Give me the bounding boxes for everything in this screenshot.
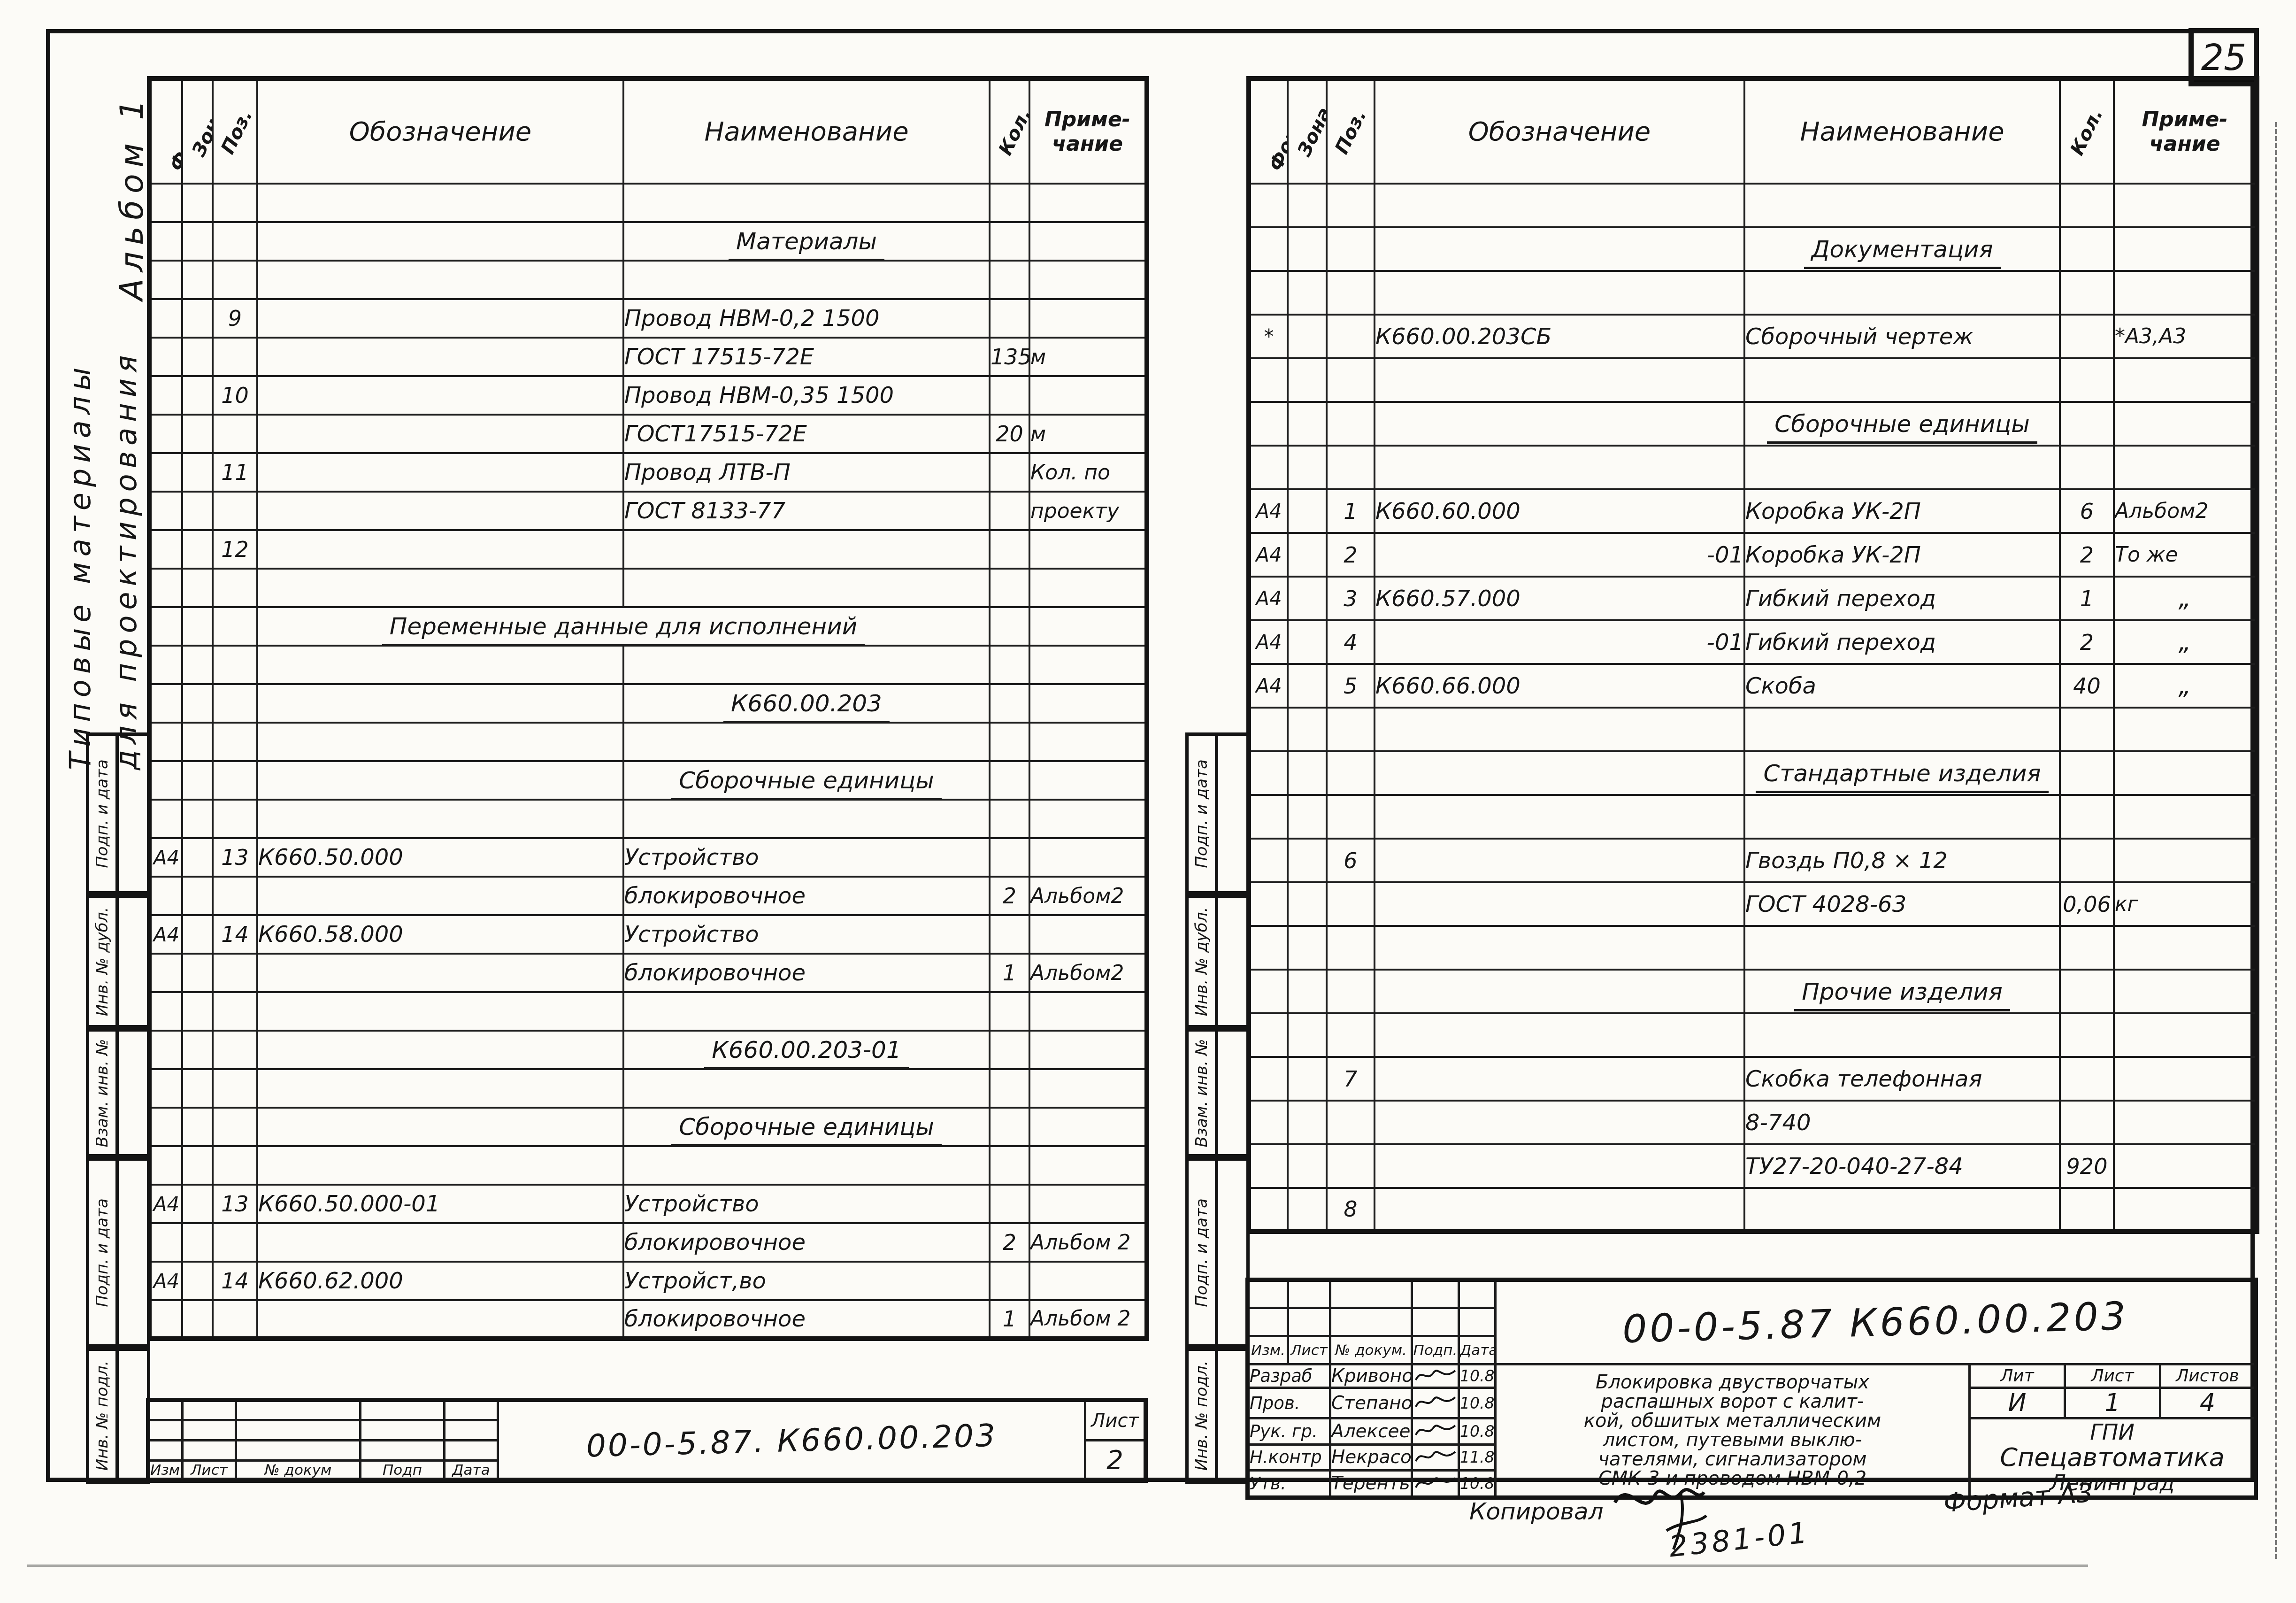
cell-designation [1375,402,1744,446]
cell-designation: К660.58.000 [257,915,623,954]
cell-qty [990,1262,1029,1300]
table-row [149,569,1147,607]
cell-zone [182,492,213,530]
cell-qty: 2 [2060,533,2114,577]
cell-designation [1375,839,1744,882]
cell-pos [213,1031,257,1069]
cell-name: Устройство [623,838,990,877]
stamp-blank-box [115,1028,150,1157]
cell-note [1029,261,1147,299]
page-number: 25 [2201,37,2247,78]
cell-format [1249,1013,1288,1057]
table-row [1249,446,2257,489]
cell-pos [213,261,257,299]
cell-pos [1327,315,1375,358]
cell-note [1029,1108,1147,1146]
cell-qty [2060,751,2114,795]
stamp-label-box: Взам. инв. № [1185,1028,1218,1157]
revision-cell [236,1400,361,1420]
revision-cell [1248,1280,1288,1308]
cell-zone [182,915,213,954]
cell-designation [257,684,623,723]
cell-qty [2060,839,2114,882]
cell-zone [182,954,213,992]
table-row: Переменные данные для исполнений [149,607,1147,646]
cell-pos [213,646,257,684]
scanned-sheet: 25 Типовые материалы для проектирования … [0,0,2296,1603]
signature-icon [1414,1485,1457,1494]
cell-qty: 2 [990,877,1029,915]
table-row [149,261,1147,299]
signature-date: 11.87 [1459,1444,1496,1471]
cell-name [623,530,990,569]
cell-designation: К660.62.000 [257,1262,623,1300]
cell-note [1029,992,1147,1031]
drawing-title-line: листом, путевыми выклю- [1497,1431,1968,1450]
cell-note [2114,1188,2257,1232]
cell-qty [990,1146,1029,1185]
cell-format [1249,708,1288,751]
cell-qty: 0,06 [2060,882,2114,926]
cell-qty: 6 [2060,489,2114,533]
cell-note [1029,184,1147,222]
cell-name: блокировочное [623,1223,990,1262]
cell-name: Устройст,во [623,1262,990,1300]
cell-format [1249,839,1288,882]
table-row: А45К660.66.000Скоба40„ [1249,664,2257,708]
cell-name [1744,926,2060,970]
cell-qty [990,915,1029,954]
revision-col-label: Лист [1288,1336,1330,1364]
cell-note: Альбом2 [1029,954,1147,992]
signature-icon [1414,1459,1457,1468]
col-header-designation: Обозначение [257,78,623,184]
cell-format: А4 [1249,533,1288,577]
cell-designation [1375,1101,1744,1144]
cell-name: Сборочный чертеж [1744,315,2060,358]
signature-cell [1412,1418,1459,1445]
left-title-block: 00-0-5.87. К660.00.203Лист2Изм.Лист№ док… [146,1398,1148,1483]
revision-cell [361,1400,445,1420]
table-row: ГОСТ 17515-72Е135м [149,338,1147,376]
table-row: Документация [1249,227,2257,271]
cell-zone [1288,271,1327,315]
cell-format [149,1069,182,1108]
cell-name: Коробка УК-2П [1744,533,2060,577]
cell-qty [2060,402,2114,446]
cell-zone [182,376,213,415]
cell-name [1744,1013,2060,1057]
cell-designation [257,1146,623,1185]
cell-format [1249,751,1288,795]
cell-format [149,1146,182,1185]
cell-format [149,415,182,453]
sheet-label: Лист [1085,1400,1146,1441]
cell-qty [990,684,1029,723]
cell-designation [1375,358,1744,402]
table-row: А41К660.60.000Коробка УК-2П6Альбом2 [1249,489,2257,533]
cell-zone [182,569,213,607]
cell-note [1029,607,1147,646]
stamp-label-box: Подп. и дата [86,1157,119,1348]
stamp-label: Подп. и дата [93,759,112,868]
cell-zone [182,299,213,338]
cell-pos [213,723,257,761]
cell-designation [257,338,623,376]
revision-cell [1459,1308,1496,1336]
cell-note [2114,227,2257,271]
signature-date: 10.87 [1459,1418,1496,1445]
cell-zone [1288,708,1327,751]
stamp-label: Инв. № дубл. [93,907,112,1016]
cell-section: К660.00.203-01 [623,1031,990,1069]
cell-qty [990,299,1029,338]
col-header-format: Формат [1249,78,1288,184]
cell-pos [213,1069,257,1108]
cell-format: А4 [1249,489,1288,533]
revision-col-label: Изм. [148,1461,183,1481]
cell-pos [213,569,257,607]
cell-designation [257,954,623,992]
cell-designation [1375,970,1744,1013]
stamp-blank-box [115,732,150,894]
cell-note: То же [2114,533,2257,577]
cell-format [1249,1188,1288,1232]
cell-designation [257,415,623,453]
cell-zone [1288,839,1327,882]
cell-qty [990,376,1029,415]
cell-qty [2060,1057,2114,1101]
table-row [1249,795,2257,839]
stamp-label-box: Инв. № дубл. [1185,894,1218,1028]
cell-designation: К660.00.203СБ [1375,315,1744,358]
cell-name [1744,1188,2060,1232]
cell-pos: 1 [1327,489,1375,533]
cell-designation [257,877,623,915]
col-header-qty: Кол. [2060,78,2114,184]
cell-note [2114,839,2257,882]
cell-note [1029,761,1147,800]
cell-pos: 12 [213,530,257,569]
organization-line: Спецавтоматика [1971,1445,2254,1470]
series-title-line1: Типовые материалы [57,350,103,770]
table-row: А413К660.50.000Устройство [149,838,1147,877]
cell-designation [257,723,623,761]
right-title-block: 00-0-5.87 К660.00.203Изм.Лист№ докум.Под… [1245,1278,2258,1500]
cell-format: А4 [1249,664,1288,708]
cell-name: ГОСТ 17515-72Е [623,338,990,376]
table-row: Материалы [149,222,1147,261]
revision-cell [1412,1308,1459,1336]
cell-name: Гибкий переход [1744,620,2060,664]
cell-format [149,261,182,299]
signature-name: Терентьев [1330,1471,1412,1498]
cell-pos: 7 [1327,1057,1375,1101]
cell-name: блокировочное [623,1300,990,1339]
table-row [149,646,1147,684]
cell-note [1029,838,1147,877]
cell-qty [2060,970,2114,1013]
cell-note [2114,970,2257,1013]
cell-name: Гвоздь П0,8 × 12 [1744,839,2060,882]
cell-note: кг [2114,882,2257,926]
cell-qty [990,723,1029,761]
stamp-label: Подп. и дата [1192,1198,1211,1307]
cell-pos: 14 [213,1262,257,1300]
cell-format: А4 [1249,620,1288,664]
cell-zone [1288,1057,1327,1101]
cell-pos [213,415,257,453]
cell-designation [257,569,623,607]
signature-role: Пров. [1248,1388,1330,1418]
cell-note [1029,376,1147,415]
cell-format [149,530,182,569]
cell-zone [182,1185,213,1223]
stamp-blank-box [1215,1157,1250,1348]
cell-qty: 1 [990,954,1029,992]
sheet-label: Лист [2065,1364,2160,1388]
cell-format [149,1031,182,1069]
cell-qty [2060,446,2114,489]
cell-note [1029,1262,1147,1300]
revision-cell [361,1441,445,1461]
cell-section-span: Переменные данные для исполнений [257,607,990,646]
cell-format [1249,271,1288,315]
cell-zone [1288,577,1327,620]
cell-pos [1327,1144,1375,1188]
stamp-blank-box [1215,1348,1250,1484]
cell-designation [1375,708,1744,751]
cell-qty [2060,271,2114,315]
cell-note: Альбом 2 [1029,1223,1147,1262]
revision-cell [183,1420,236,1441]
revision-col-label: Подп. [1412,1336,1459,1364]
cell-note [1029,723,1147,761]
cell-format [1249,1057,1288,1101]
cell-pos: 13 [213,1185,257,1223]
cell-zone [182,1031,213,1069]
cell-zone [1288,227,1327,271]
cell-designation: К660.50.000-01 [257,1185,623,1223]
cell-note: Кол. по [1029,453,1147,492]
table-row: блокировочное1Альбом2 [149,954,1147,992]
table-row: блокировочное2Альбом2 [149,877,1147,915]
cell-qty [990,800,1029,838]
cell-zone [1288,751,1327,795]
cell-designation: К660.50.000 [257,838,623,877]
cell-designation: К660.57.000 [1375,577,1744,620]
cell-zone [1288,620,1327,664]
cell-note [1029,222,1147,261]
cell-format [149,684,182,723]
cell-format [149,222,182,261]
cell-pos: 10 [213,376,257,415]
cell-qty [2060,1101,2114,1144]
cell-designation [1375,795,1744,839]
cell-section: Стандартные изделия [1744,751,2060,795]
revision-cell [445,1420,498,1441]
cell-note [1029,684,1147,723]
cell-note [1029,1146,1147,1185]
table-row: блокировочное2Альбом 2 [149,1223,1147,1262]
cell-note [1029,1031,1147,1069]
cell-note [1029,915,1147,954]
revision-col-label: Лист [183,1461,236,1481]
cell-qty: 135 [990,338,1029,376]
cell-designation [257,492,623,530]
cell-zone [182,338,213,376]
cell-name: Скоба [1744,664,2060,708]
table-row: Сборочные единицы [149,761,1147,800]
cell-designation [257,376,623,415]
cell-designation [1375,1144,1744,1188]
drawing-title-line: распашных ворот с калит- [1497,1392,1968,1411]
cell-zone [182,1262,213,1300]
cell-note: Альбом2 [2114,489,2257,533]
col-header-note: Приме-чание [1029,78,1147,184]
cell-zone [182,992,213,1031]
cell-format: А4 [149,1185,182,1223]
col-header-pos: Поз. [1327,78,1375,184]
revision-cell [1330,1308,1412,1336]
cell-zone [182,222,213,261]
col-header-note: Приме-чание [2114,78,2257,184]
cell-pos [1327,708,1375,751]
signature-role: Рук. гр. [1248,1418,1330,1445]
cell-pos [1327,795,1375,839]
cell-format [1249,1144,1288,1188]
table-row [1249,1013,2257,1057]
sheet-number: 2 [1085,1441,1146,1481]
cell-zone [1288,1013,1327,1057]
series-title-vertical: Типовые материалы для проектирования [57,350,149,770]
cell-note [1029,569,1147,607]
signature-cell [1412,1364,1459,1388]
revision-col-label: Дата [445,1461,498,1481]
cell-designation [1375,751,1744,795]
cell-qty [990,1185,1029,1223]
cell-designation [257,1108,623,1146]
cell-zone [182,184,213,222]
cell-name: ГОСТ 4028-63 [1744,882,2060,926]
cell-qty [2060,795,2114,839]
table-row: Сборочные единицы [149,1108,1147,1146]
cell-qty [990,646,1029,684]
cell-designation: К660.60.000 [1375,489,1744,533]
table-row: Стандартные изделия [1249,751,2257,795]
cell-format: А4 [149,915,182,954]
cell-name [1744,358,2060,402]
stamp-label-box: Инв. № подл. [86,1348,119,1484]
table-row: 6Гвоздь П0,8 × 12 [1249,839,2257,882]
cell-format [149,761,182,800]
cell-name: ГОСТ 8133-77 [623,492,990,530]
table-row: ГОСТ17515-72Е20м [149,415,1147,453]
cell-zone [1288,795,1327,839]
cell-zone [182,877,213,915]
cell-zone [1288,533,1327,577]
document-number: 00-0-5.87 К660.00.203 [1494,1270,2257,1374]
cell-qty [990,530,1029,569]
stamp-label: Взам. инв. № [1192,1039,1211,1147]
cell-qty: 2 [2060,620,2114,664]
cell-name [623,569,990,607]
table-row: блокировочное1Альбом 2 [149,1300,1147,1339]
cell-pos: 8 [1327,1188,1375,1232]
cell-qty [2060,358,2114,402]
signature-date: 10.87 [1459,1388,1496,1418]
col-header-name: Наименование [1744,78,2060,184]
cell-designation [1375,446,1744,489]
cell-zone [182,453,213,492]
stamp-label-box: Подп. и дата [1185,1157,1218,1348]
cell-format [1249,970,1288,1013]
revision-cell [1288,1308,1330,1336]
fold-dash-line [2275,122,2277,1559]
cell-zone [1288,315,1327,358]
signature-role: Н.контр [1248,1444,1330,1471]
revision-cell [445,1400,498,1420]
cell-pos [213,1223,257,1262]
table-row: 11Провод ЛТВ-ПКол. по [149,453,1147,492]
cell-pos: 2 [1327,533,1375,577]
cell-name [1744,446,2060,489]
cell-zone [1288,1144,1327,1188]
cell-qty [2060,227,2114,271]
sheets-total: 4 [2160,1388,2256,1418]
table-row [1249,184,2257,227]
cell-designation [1375,1013,1744,1057]
col-header-qty: Кол. [990,78,1029,184]
table-row: 10Провод НВМ-0,35 1500 [149,376,1147,415]
cell-zone [182,607,213,646]
cell-name: 8-740 [1744,1101,2060,1144]
revision-cell [1330,1280,1412,1308]
cell-format [149,877,182,915]
cell-note [2114,184,2257,227]
signature-icon [1414,1378,1457,1387]
cell-designation [257,299,623,338]
table-row: ГОСТ 4028-630,06кг [1249,882,2257,926]
revision-col-label: № докум. [1330,1336,1412,1364]
cell-zone [1288,446,1327,489]
cell-qty [990,1031,1029,1069]
table-row [149,992,1147,1031]
cell-zone [182,1146,213,1185]
cell-name: ТУ27-20-040-27-84 [1744,1144,2060,1188]
cell-name [1744,271,2060,315]
cell-zone [182,261,213,299]
stamp-blank-box [1215,1028,1250,1157]
cell-pos [1327,882,1375,926]
cell-name [1744,708,2060,751]
revision-cell [1288,1280,1330,1308]
cell-format [1249,358,1288,402]
cell-note [2114,446,2257,489]
cell-designation [257,1031,623,1069]
cell-section: Документация [1744,227,2060,271]
cell-format [149,492,182,530]
col-header-designation: Обозначение [1375,78,1744,184]
revision-cell [236,1441,361,1461]
cell-format [149,992,182,1031]
table-row: ГОСТ 8133-77проекту [149,492,1147,530]
drawing-title-line: кой, обшитых металлическим [1497,1411,1968,1431]
cell-designation [1375,926,1744,970]
table-row: Сборочные единицы [1249,402,2257,446]
cell-zone [1288,1188,1327,1232]
table-row: А414К660.58.000Устройство [149,915,1147,954]
